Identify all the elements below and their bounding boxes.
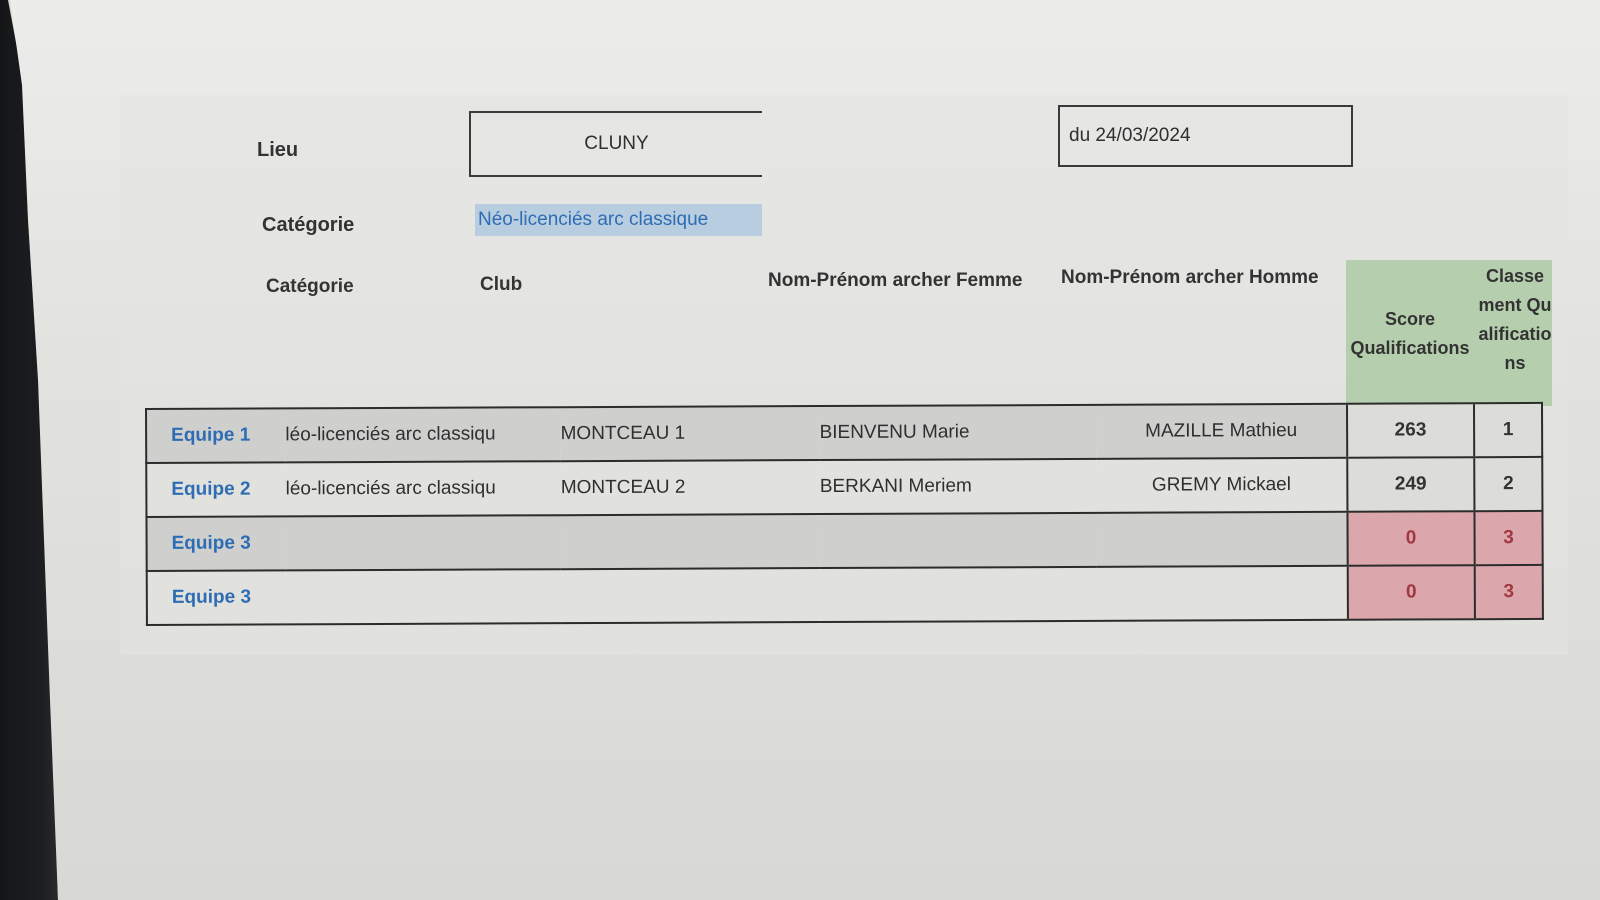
archer-homme [1097,566,1348,621]
classement-qualif: 3 [1474,511,1542,565]
archer-homme: GREMY Mickael [1097,458,1348,513]
classement-qualif: 2 [1474,457,1542,511]
date-field: du 24/03/2024 [1058,105,1353,167]
team-categorie: léo-licenciés arc classiqu [286,461,561,516]
lieu-value: CLUNY [584,133,648,155]
team-categorie [286,569,561,624]
archer-femme [820,513,1097,568]
col-categorie: Catégorie [266,276,354,298]
team-club: MONTCEAU 1 [560,406,819,461]
team-categorie [286,515,561,570]
classement-qualif: 3 [1475,565,1543,619]
archer-homme: MAZILLE Mathieu [1096,404,1347,459]
col-club: Club [480,274,522,296]
team-club [561,514,820,569]
col-classement: Classement Qualifications [1478,262,1552,378]
team-label: Equipe 2 [146,462,285,517]
archer-femme: BERKANI Meriem [820,459,1097,514]
team-label: Equipe 1 [146,408,285,463]
classement-qualif: 1 [1474,403,1542,457]
score-header-block: Score Qualifications Classement Qualific… [1346,260,1552,406]
score-qualif: 249 [1347,457,1474,512]
archer-femme [820,567,1097,622]
score-qualif: 0 [1347,511,1474,566]
table-row: Equipe 1léo-licenciés arc classiquMONTCE… [146,403,1542,463]
table-row: Equipe 2léo-licenciés arc classiquMONTCE… [146,457,1542,517]
team-categorie: léo-licenciés arc classiqu [285,407,560,462]
team-club: MONTCEAU 2 [561,460,820,515]
archer-femme: BIENVENU Marie [819,405,1096,460]
lieu-field: CLUNY [469,111,762,177]
table-row: Equipe 303 [146,511,1542,571]
col-femme: Nom-Prénom archer Femme [768,270,1022,292]
teams-table: Equipe 1léo-licenciés arc classiquMONTCE… [145,402,1544,626]
date-value: du 24/03/2024 [1069,125,1191,147]
team-club [561,568,820,623]
team-label: Equipe 3 [147,570,286,625]
score-qualif: 0 [1348,565,1475,620]
categorie-label: Catégorie [262,214,354,237]
lieu-label: Lieu [257,139,298,162]
score-qualif: 263 [1347,403,1474,458]
col-score: Score Qualifications [1346,305,1474,363]
team-label: Equipe 3 [146,516,285,571]
table-row: Equipe 303 [147,565,1543,625]
col-homme: Nom-Prénom archer Homme [1061,267,1319,289]
categorie-value: Néo-licenciés arc classique [475,204,762,236]
archer-homme [1097,512,1348,567]
